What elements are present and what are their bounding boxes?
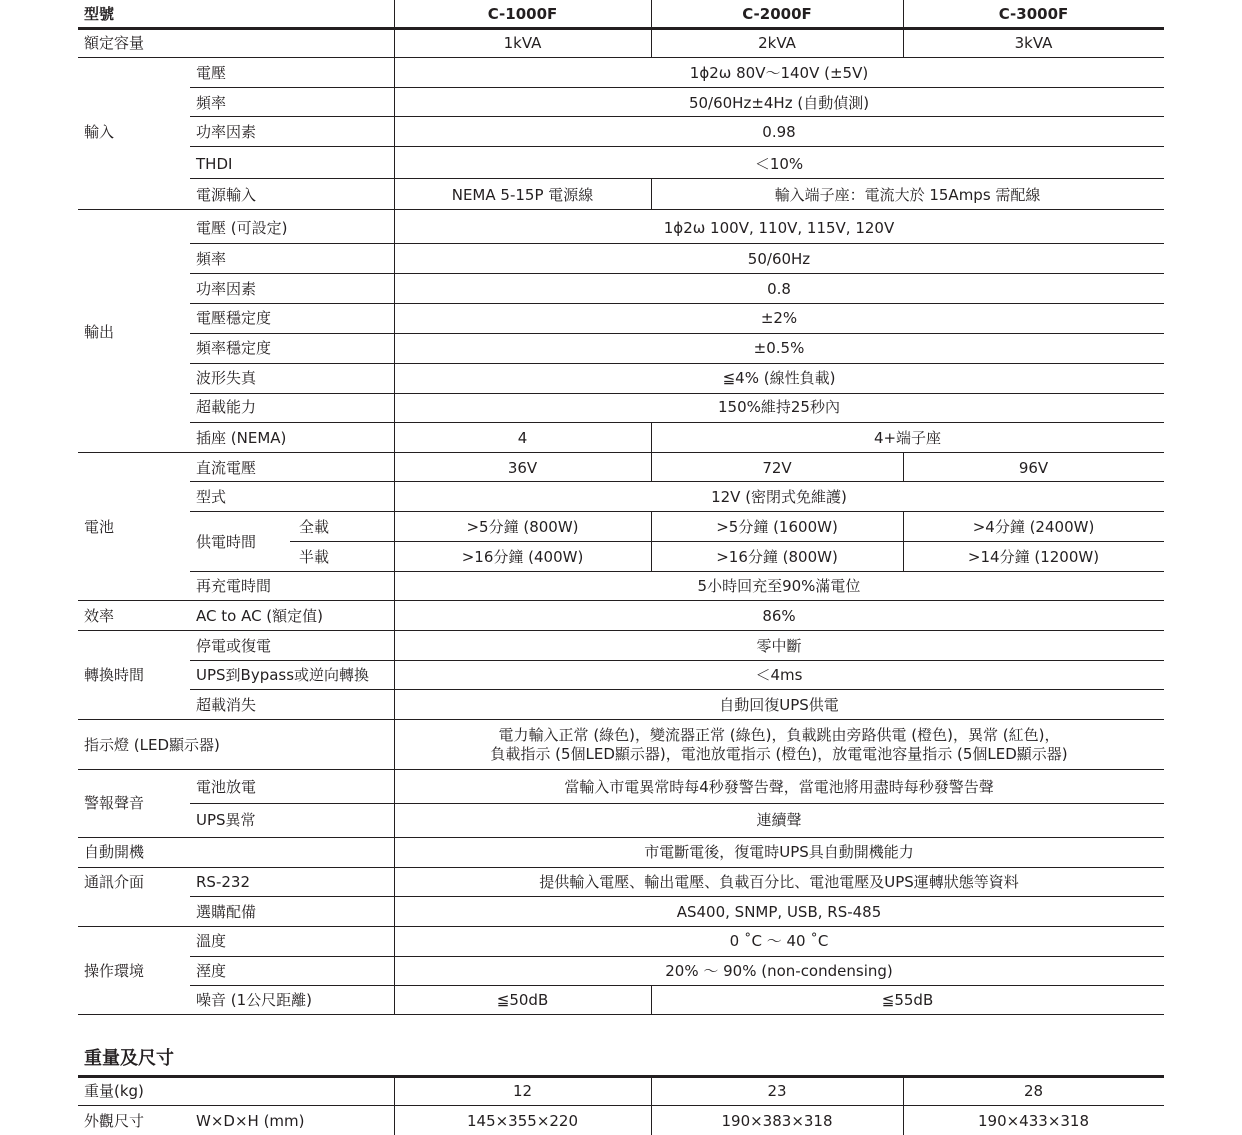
- transfer-group-label: 轉換時間: [84, 666, 144, 684]
- input-source-value-1000: NEMA 5-15P 電源線: [394, 186, 651, 204]
- row-rule: [190, 896, 1164, 897]
- battery-dc-value: 72V: [651, 459, 903, 477]
- header-label: 型號: [84, 5, 114, 23]
- transfer-overload-value: 自動回復UPS供電: [394, 696, 1164, 714]
- row-rule: [190, 116, 1164, 117]
- row-rule: [78, 209, 1164, 210]
- row-rule: [78, 1105, 1164, 1106]
- size-value: 190×433×318: [903, 1112, 1164, 1130]
- rated-capacity-label: 額定容量: [84, 34, 144, 52]
- input-frequency-value: 50/60Hz±4Hz (自動偵測): [394, 94, 1164, 112]
- input-pf-value: 0.98: [394, 123, 1164, 141]
- input-group-label: 輸入: [84, 123, 114, 141]
- alarm-battery-label: 電池放電: [196, 778, 256, 796]
- output-vreg-value: ±2%: [394, 309, 1164, 327]
- input-thdi-value: ＜10%: [394, 155, 1164, 173]
- weight-value: 12: [394, 1082, 651, 1100]
- divider: [903, 452, 904, 482]
- env-temp-value: 0 ˚C 〜 40 ˚C: [394, 932, 1164, 950]
- row-rule: [190, 393, 1164, 394]
- input-voltage-value: 1ϕ2ω 80V〜140V (±5V): [394, 64, 1164, 82]
- output-vreg-label: 電壓穩定度: [196, 309, 271, 327]
- rated-capacity-value: 3kVA: [903, 34, 1164, 52]
- row-rule: [78, 452, 1164, 453]
- divider: [651, 178, 652, 210]
- transfer-outage-label: 停電或復電: [196, 637, 271, 655]
- output-group-label: 輸出: [84, 323, 114, 341]
- row-rule: [190, 303, 1164, 304]
- input-source-label: 電源輸入: [196, 186, 256, 204]
- divider: [651, 985, 652, 1015]
- output-overload-value: 150%維持25秒內: [394, 398, 1164, 416]
- row-rule: [190, 363, 1164, 364]
- full-load-value: >5分鐘 (800W): [394, 518, 651, 536]
- output-overload-label: 超載能力: [196, 398, 256, 416]
- divider: [651, 511, 652, 571]
- row-rule: [190, 689, 1164, 690]
- battery-dc-label: 直流電壓: [196, 459, 256, 477]
- input-thdi-label: THDI: [196, 155, 232, 173]
- output-frequency-value: 50/60Hz: [394, 250, 1164, 268]
- row-rule: [78, 57, 1164, 58]
- divider: [651, 452, 652, 482]
- output-pf-label: 功率因素: [196, 280, 256, 298]
- row-rule: [78, 630, 1164, 631]
- input-pf-label: 功率因素: [196, 123, 256, 141]
- rated-capacity-value: 1kVA: [394, 34, 651, 52]
- full-load-value: >5分鐘 (1600W): [651, 518, 903, 536]
- divider: [651, 422, 652, 452]
- comm-rs232-value: 提供輸入電壓、輸出電壓、負載百分比、電池電壓及UPS運轉狀態等資料: [394, 873, 1164, 891]
- half-load-value: >16分鐘 (800W): [651, 548, 903, 566]
- row-rule: [290, 541, 1164, 542]
- size-value: 145×355×220: [394, 1112, 651, 1130]
- row-rule: [190, 571, 1164, 572]
- env-temp-label: 溫度: [196, 932, 226, 950]
- efficiency-label: AC to AC (額定值): [196, 607, 323, 625]
- size-value: 190×383×318: [651, 1112, 903, 1130]
- comm-options-label: 選購配備: [196, 903, 256, 921]
- indicator-label: 指示燈 (LED顯示器): [84, 736, 220, 754]
- transfer-outage-value: 零中斷: [394, 637, 1164, 655]
- model-c3000f: C-3000F: [903, 5, 1164, 23]
- backup-time-label: 供電時間: [196, 533, 256, 551]
- efficiency-group-label: 效率: [84, 607, 114, 625]
- alarm-ups-label: UPS異常: [196, 811, 256, 829]
- model-c2000f: C-2000F: [651, 5, 903, 23]
- full-load-label: 全載: [299, 518, 329, 536]
- comm-group-label: 通訊介面: [84, 873, 144, 891]
- row-rule: [78, 926, 1164, 927]
- transfer-bypass-value: ＜4ms: [394, 666, 1164, 684]
- row-rule: [190, 956, 1164, 957]
- transfer-bypass-label: UPS到Bypass或逆向轉換: [196, 666, 369, 684]
- env-noise-value-2000-3000: ≦55dB: [651, 991, 1164, 1009]
- rated-capacity-value: 2kVA: [651, 34, 903, 52]
- output-outlet-value-2000-3000: 4+端子座: [651, 429, 1164, 447]
- indicator-line-2: 負載指示 (5個LED顯示器)，電池放電指示 (橙色)，放電電池容量指示 (5個…: [394, 745, 1164, 763]
- model-c1000f: C-1000F: [394, 5, 651, 23]
- header-rule: [78, 1075, 1164, 1078]
- row-rule: [190, 803, 1164, 804]
- row-rule: [190, 178, 1164, 179]
- efficiency-value: 86%: [394, 607, 1164, 625]
- row-rule: [78, 769, 1164, 770]
- env-humidity-value: 20% 〜 90% (non-condensing): [394, 962, 1164, 980]
- output-frequency-label: 頻率: [196, 250, 226, 268]
- output-voltage-label: 電壓 (可設定): [196, 219, 287, 237]
- output-outlet-label: 插座 (NEMA): [196, 429, 286, 447]
- full-load-value: >4分鐘 (2400W): [903, 518, 1164, 536]
- comm-options-value: AS400, SNMP, USB, RS-485: [394, 903, 1164, 921]
- row-rule: [190, 481, 1164, 482]
- output-voltage-value: 1ϕ2ω 100V, 110V, 115V, 120V: [394, 219, 1164, 237]
- weight-value: 28: [903, 1082, 1164, 1100]
- size-label: 外觀尺寸: [84, 1112, 144, 1130]
- env-humidity-label: 溼度: [196, 962, 226, 980]
- input-source-value-2000-3000: 輸入端子座：電流大於 15Amps 需配線: [651, 186, 1164, 204]
- recharge-label: 再充電時間: [196, 577, 271, 595]
- row-rule: [190, 985, 1164, 986]
- output-pf-value: 0.8: [394, 280, 1164, 298]
- env-group-label: 操作環境: [84, 962, 144, 980]
- input-voltage-label: 電壓: [196, 64, 226, 82]
- auto-start-label: 自動開機: [84, 843, 144, 861]
- alarm-ups-value: 連續聲: [394, 811, 1164, 829]
- half-load-value: >16分鐘 (400W): [394, 548, 651, 566]
- row-rule: [78, 837, 1164, 838]
- input-frequency-label: 頻率: [196, 94, 226, 112]
- divider: [903, 511, 904, 571]
- row-rule: [190, 87, 1164, 88]
- output-thd-value: ≦4% (線性負載): [394, 369, 1164, 387]
- battery-type-label: 型式: [196, 488, 226, 506]
- output-outlet-value-1000: 4: [394, 429, 651, 447]
- alarm-group-label: 警報聲音: [84, 794, 144, 812]
- battery-group-label: 電池: [84, 518, 114, 536]
- weight-value: 23: [651, 1082, 903, 1100]
- alarm-battery-value: 當輸入市電異常時每4秒發警告聲，當電池將用盡時每秒發警告聲: [394, 778, 1164, 796]
- indicator-line-1: 電力輸入正常 (綠色)，變流器正常 (綠色)，負載跳由旁路供電 (橙色)，異常 …: [394, 726, 1164, 744]
- header-rule: [78, 27, 1164, 30]
- row-rule: [190, 660, 1164, 661]
- weight-label: 重量(kg): [84, 1082, 144, 1100]
- dimensions-title: 重量及尺寸: [84, 1050, 174, 1068]
- auto-start-value: 市電斷電後，復電時UPS具自動開機能力: [394, 843, 1164, 861]
- row-rule: [190, 511, 1164, 512]
- comm-rs232-label: RS-232: [196, 873, 250, 891]
- env-noise-label: 噪音 (1公尺距離): [196, 991, 312, 1009]
- row-rule: [190, 146, 1164, 147]
- env-noise-value-1000: ≦50dB: [394, 991, 651, 1009]
- row-rule: [190, 273, 1164, 274]
- battery-type-value: 12V (密閉式免維護): [394, 488, 1164, 506]
- row-rule: [78, 719, 1164, 720]
- row-rule: [190, 243, 1164, 244]
- output-freg-value: ±0.5%: [394, 339, 1164, 357]
- recharge-value: 5小時回充至90%滿電位: [394, 577, 1164, 595]
- row-rule: [190, 333, 1164, 334]
- transfer-overload-label: 超載消失: [196, 696, 256, 714]
- row-rule: [78, 1014, 1164, 1015]
- half-load-value: >14分鐘 (1200W): [903, 548, 1164, 566]
- row-rule: [78, 600, 1164, 601]
- output-thd-label: 波形失真: [196, 369, 256, 387]
- battery-dc-value: 36V: [394, 459, 651, 477]
- battery-dc-value: 96V: [903, 459, 1164, 477]
- row-rule: [78, 867, 1164, 868]
- size-sublabel: W×D×H (mm): [196, 1112, 305, 1130]
- output-freg-label: 頻率穩定度: [196, 339, 271, 357]
- row-rule: [190, 422, 1164, 423]
- half-load-label: 半載: [299, 548, 329, 566]
